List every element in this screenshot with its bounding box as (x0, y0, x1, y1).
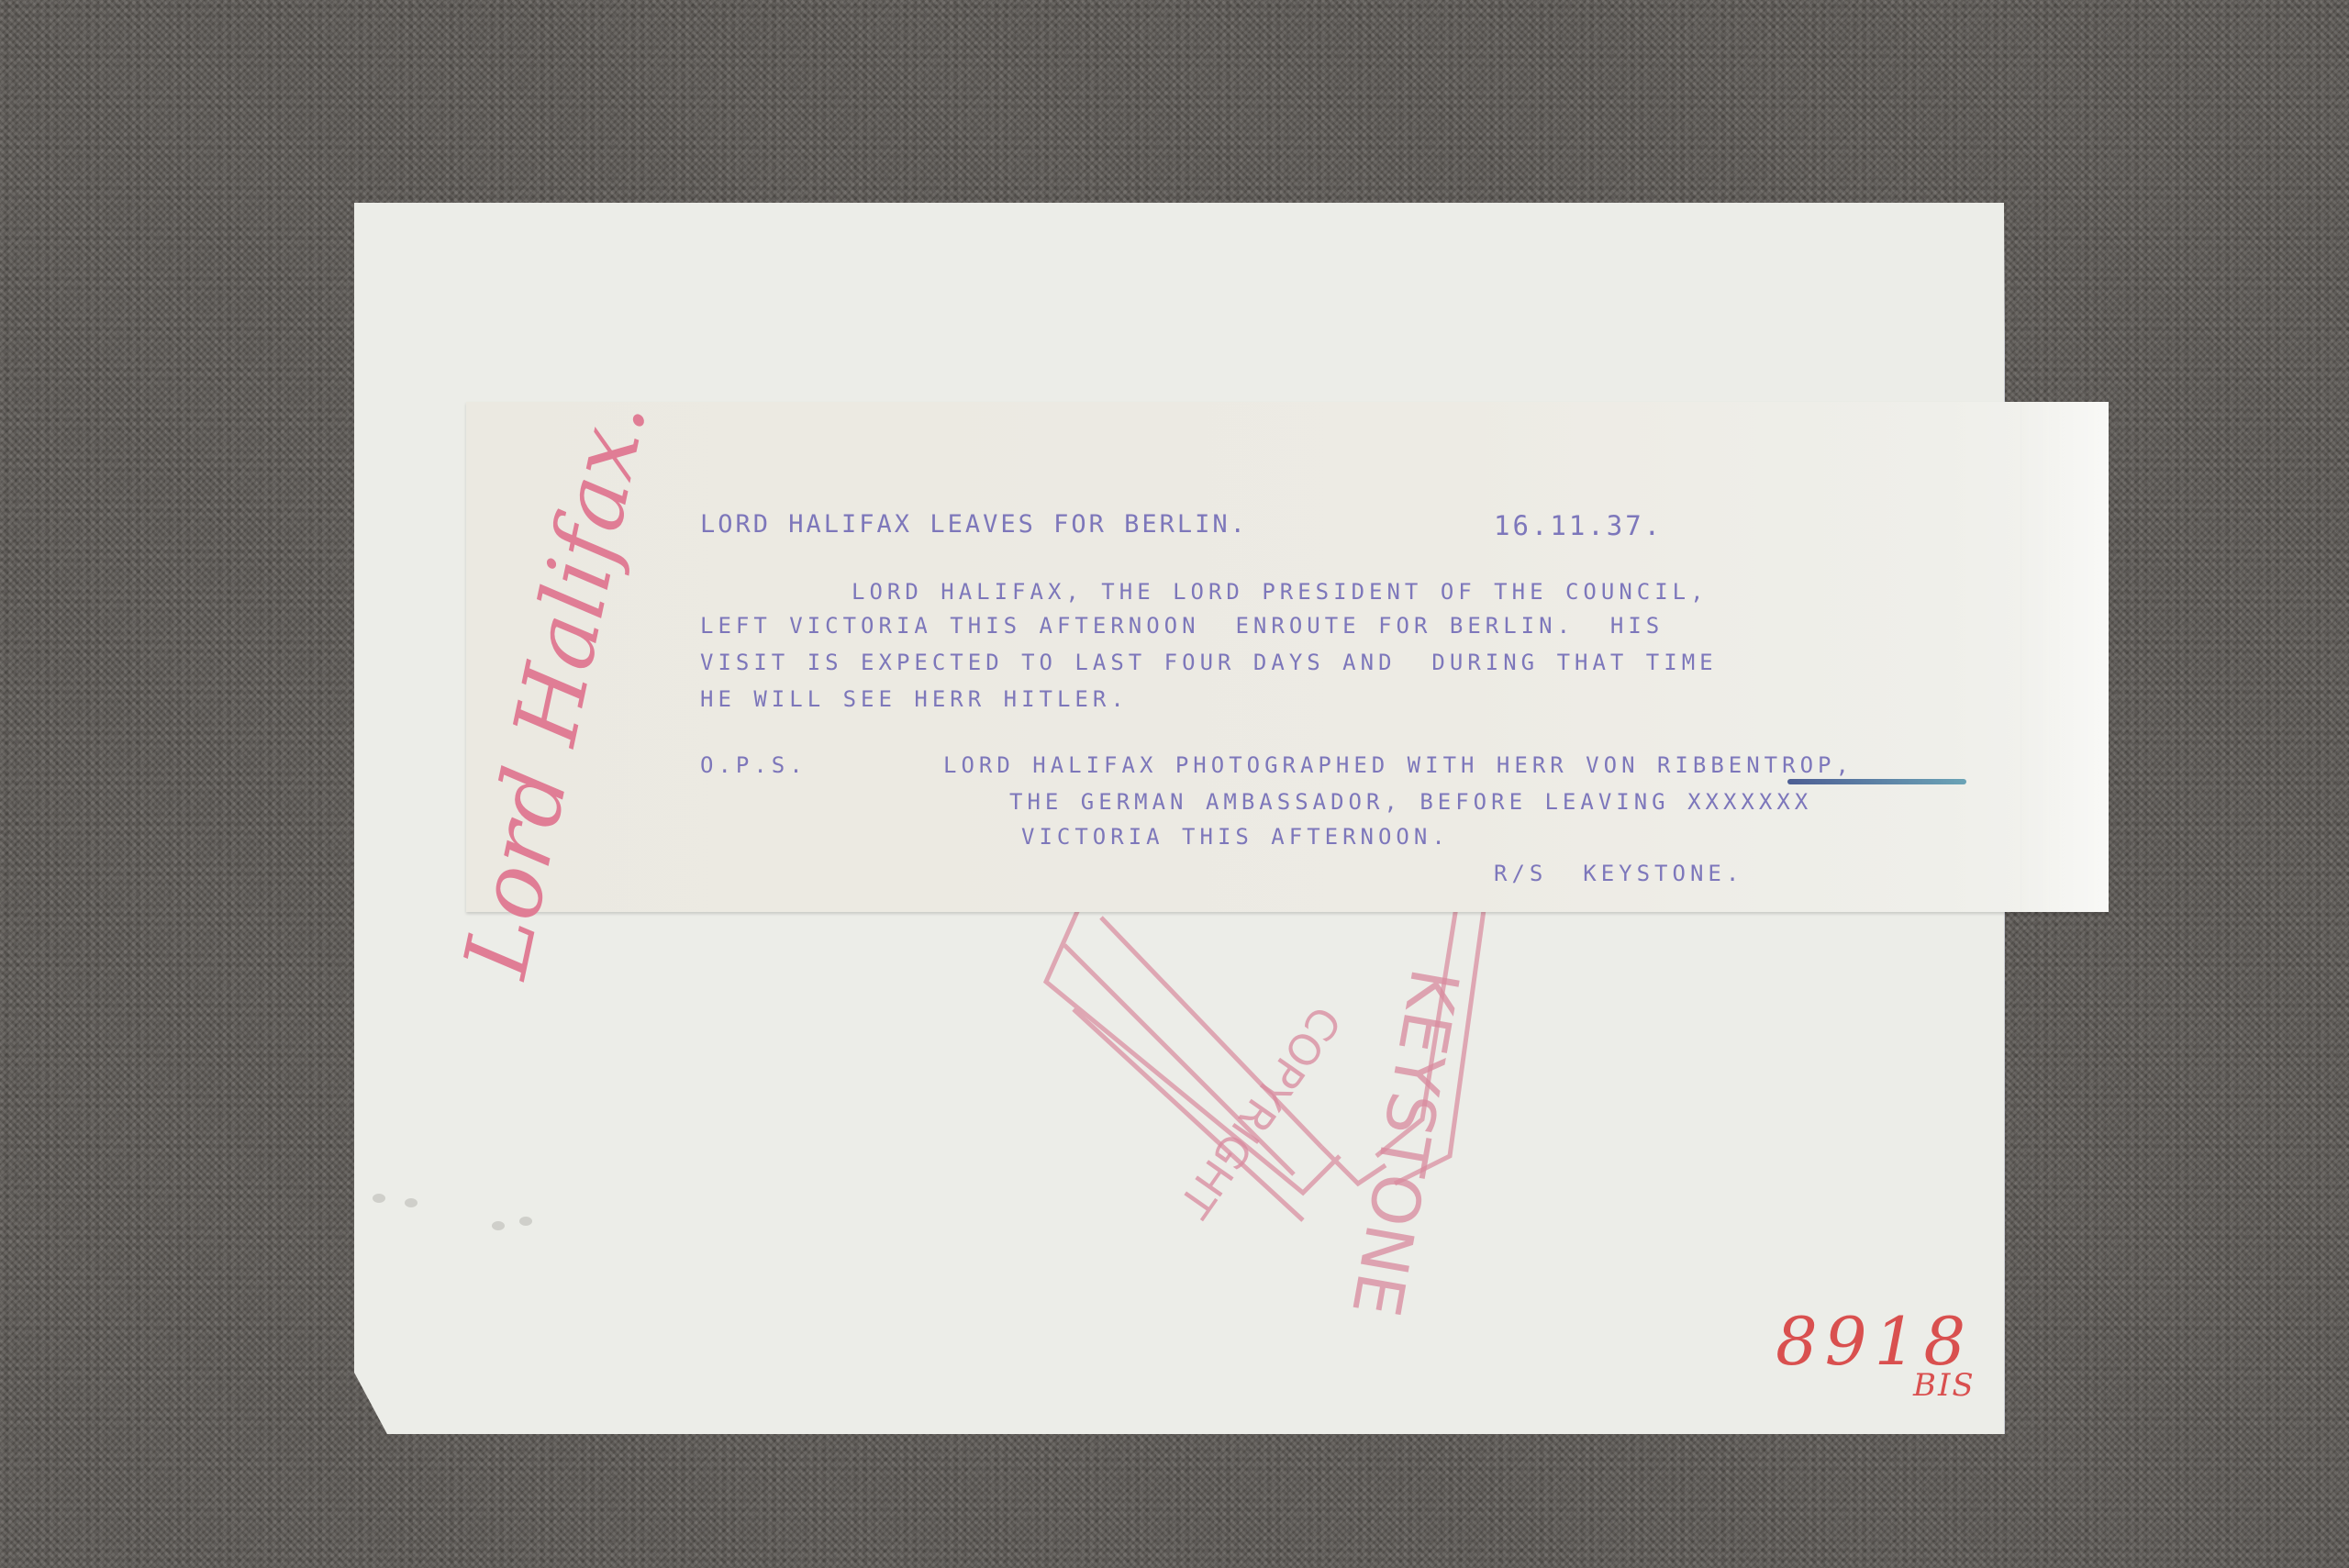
handwritten-number-suffix: BIS (1913, 1367, 1976, 1404)
paper-crease-mark (519, 1217, 532, 1226)
caption-date: 16.11.37. (1494, 510, 1663, 541)
stamp-copyright-text: COPYRIGHT (1169, 997, 1351, 1227)
paper-crease-mark (405, 1198, 417, 1207)
ribbentrop-underline-mark (1787, 779, 1966, 784)
paper-crease-mark (373, 1194, 385, 1203)
paper-crease-mark (492, 1221, 505, 1230)
ops-line: THE GERMAN AMBASSADOR, BEFORE LEAVING XX… (1009, 789, 1812, 815)
strip-curled-edge (2021, 402, 2109, 912)
ops-line: LORD HALIFAX PHOTOGRAPHED WITH HERR VON … (943, 752, 1854, 778)
caption-body-line: HE WILL SEE HERR HITLER. (700, 686, 1129, 712)
caption-body-line: VISIT IS EXPECTED TO LAST FOUR DAYS AND … (700, 650, 1718, 675)
copyright-keystone-stamp: COPYRIGHT KEYSTONE (1028, 881, 1652, 1358)
caption-headline: LORD HALIFAX LEAVES FOR BERLIN. (700, 510, 1248, 539)
typed-caption-strip: LORD HALIFAX LEAVES FOR BERLIN. 16.11.37… (466, 402, 2109, 912)
ops-line: VICTORIA THIS AFTERNOON. (1021, 824, 1450, 850)
ops-label: O.P.S. (700, 752, 807, 778)
caption-body-line: LEFT VICTORIA THIS AFTERNOON ENROUTE FOR… (700, 613, 1664, 639)
caption-body-line: LORD HALIFAX, THE LORD PRESIDENT OF THE … (852, 579, 1709, 605)
agency-credit: R/S KEYSTONE. (1494, 861, 1743, 886)
